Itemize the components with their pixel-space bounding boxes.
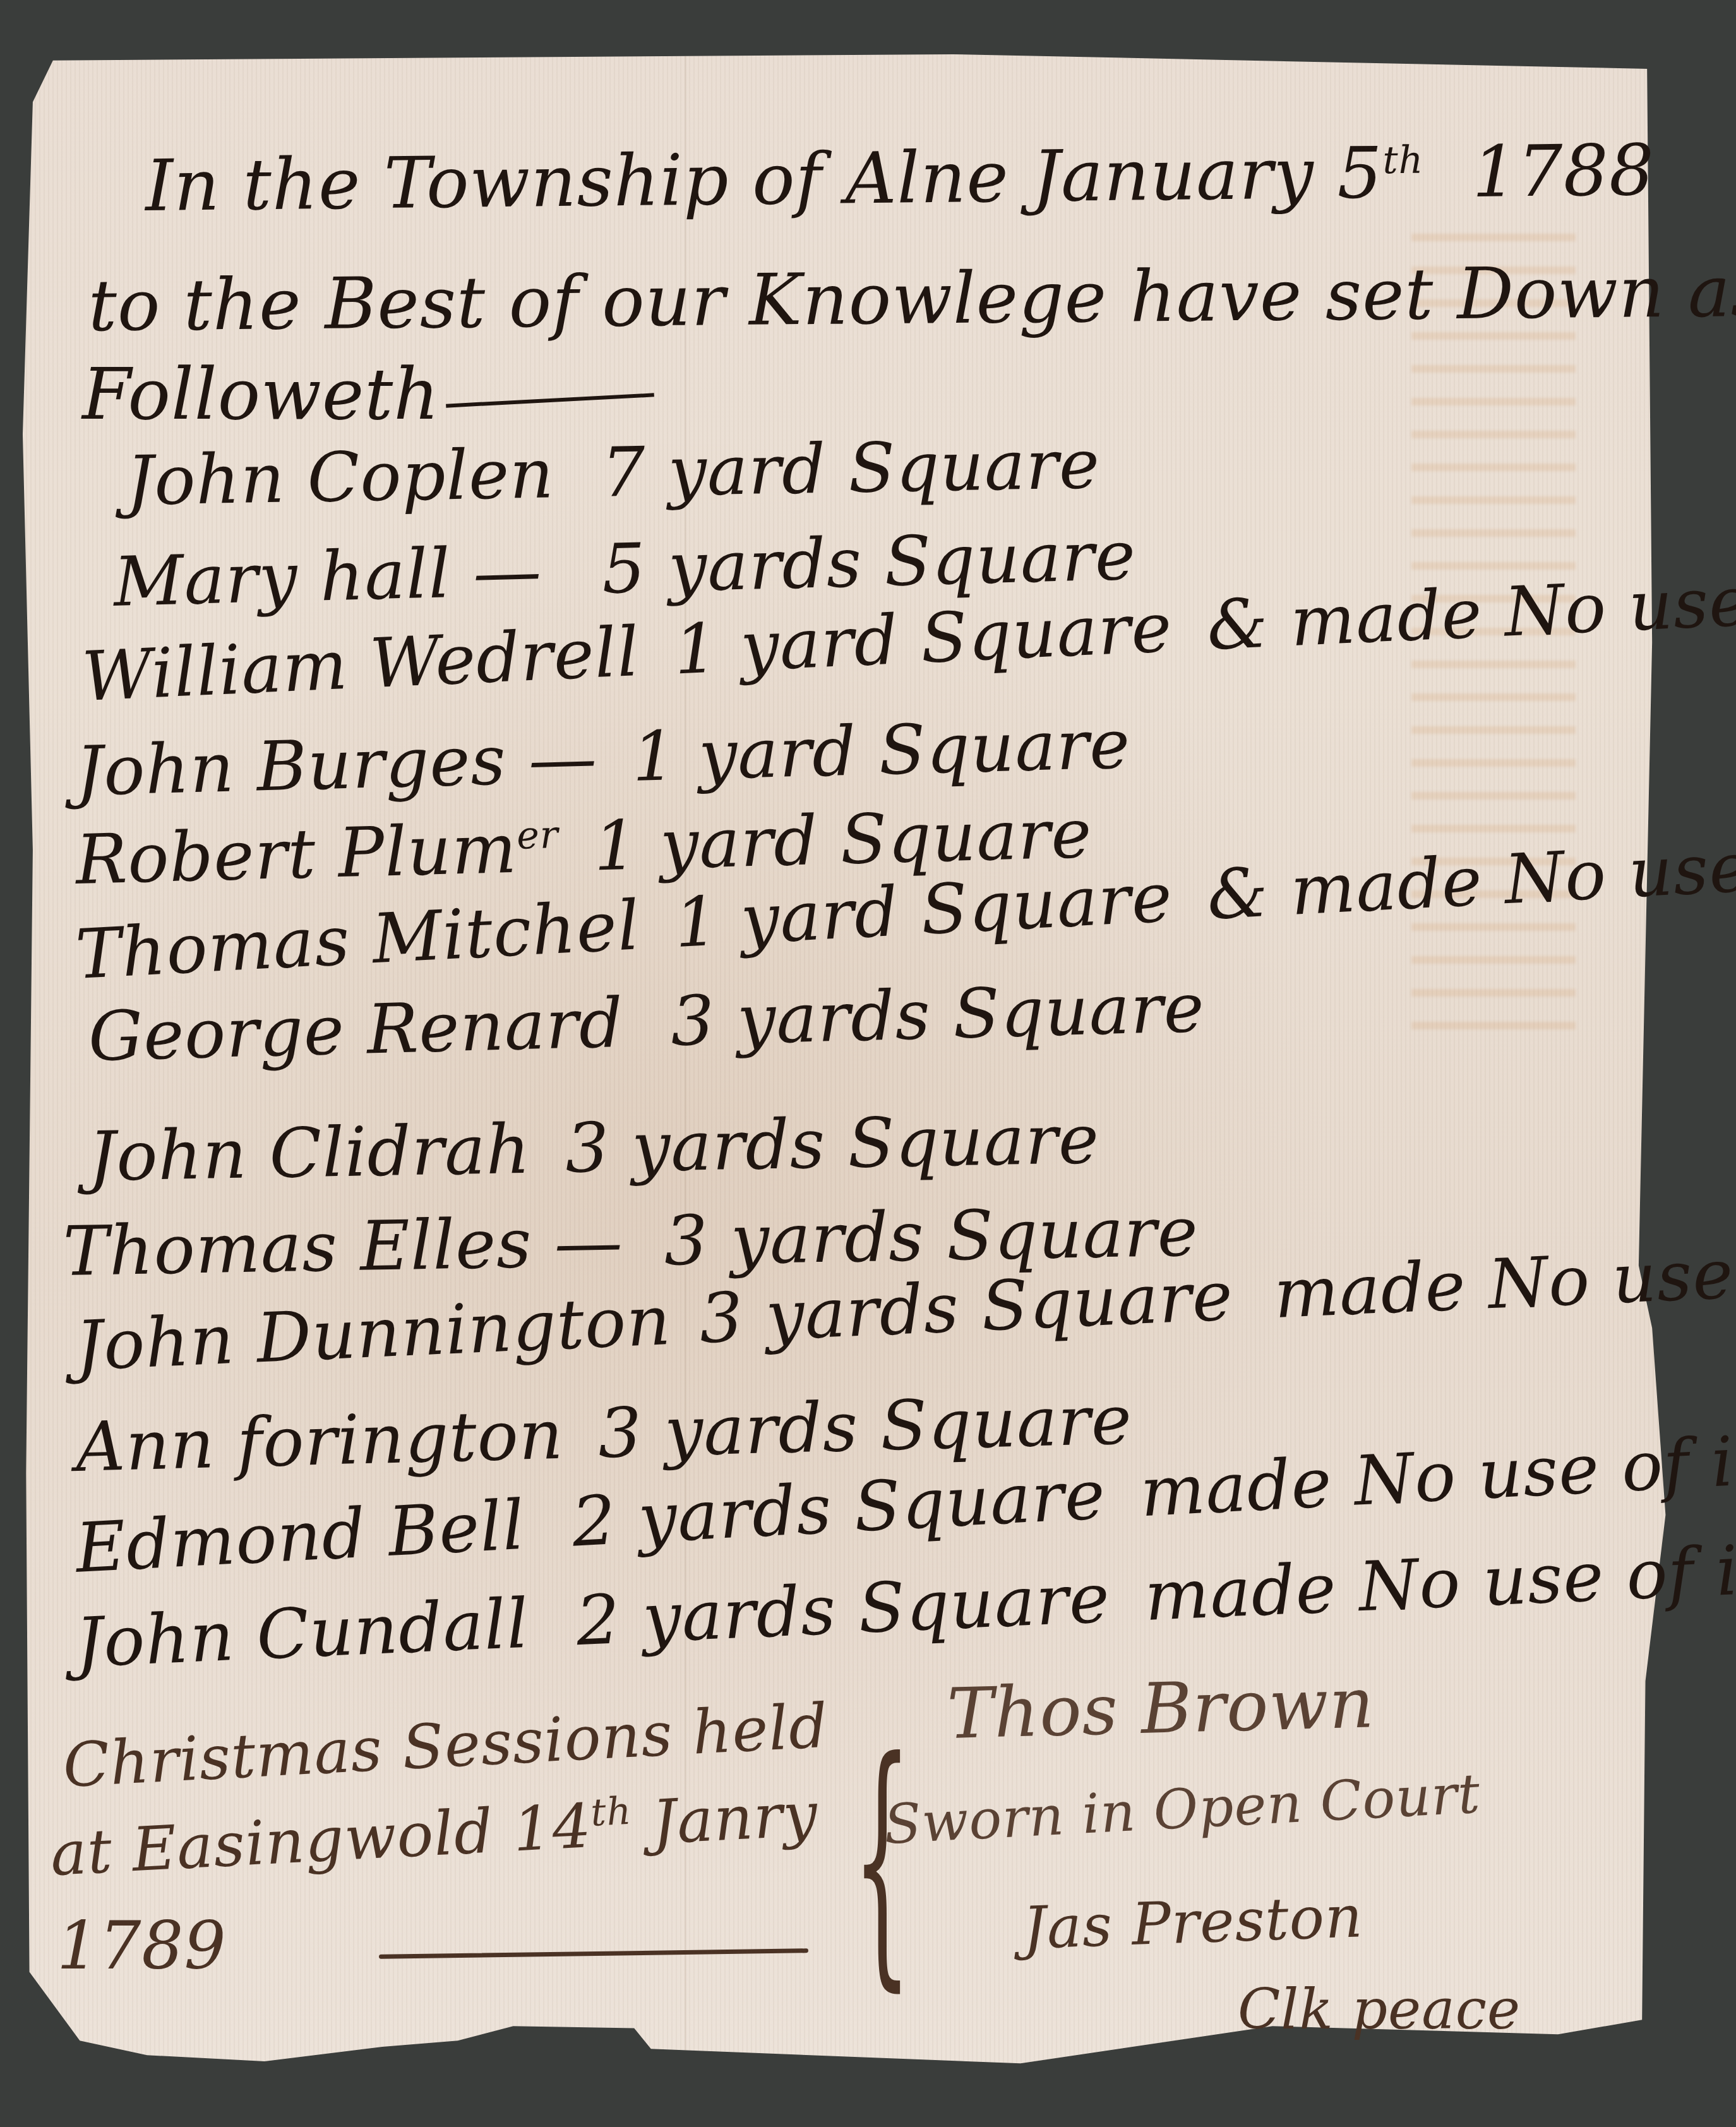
header-line-3: Followeth [82,354,654,436]
entry-measure: 1 yard Square [632,705,1132,797]
sessions-day-suffix: th [590,1789,633,1835]
entry-name: Mary hall — [112,532,542,622]
clerk-of-peace-title: Clk peace [1238,1977,1521,2042]
header-township-date: In the Township of Alne January 5 [145,132,1383,227]
header-line-1: In the Township of Alne January 5th 1788 [145,129,1655,227]
sessions-month: Janry [630,1778,820,1859]
header-date-suffix: th [1382,138,1423,183]
signature-jas-preston: Jas Preston [1022,1883,1364,1962]
entry-name: John Coplen [126,434,555,521]
entry-name: John Clidrah [88,1110,531,1197]
entry-measure: 3 yards Square [670,969,1206,1062]
sessions-note-year: 1789 [57,1907,227,1984]
entry-name: Thomas Elles — [63,1203,624,1291]
entry-name: George Renard [87,984,624,1077]
entry-name: Ann forington [75,1396,564,1487]
entry-measure: 7 yard Square [601,425,1101,513]
entry-name: Robert Plum [75,810,518,900]
entry-measure: 3 yards Square [565,1100,1100,1189]
header-underline [446,393,654,407]
header-year: 1788 [1471,129,1655,213]
signature-thos-brown: Thos Brown [946,1662,1375,1754]
entry-name-suffix: er [516,813,559,858]
header-followeth: Followeth [82,354,440,436]
curly-brace-bracket: { [853,1705,912,2014]
entry-name: John Burges — [75,719,598,812]
header-line-2: to the Best of our Knowlege have set Dow… [88,251,1736,347]
